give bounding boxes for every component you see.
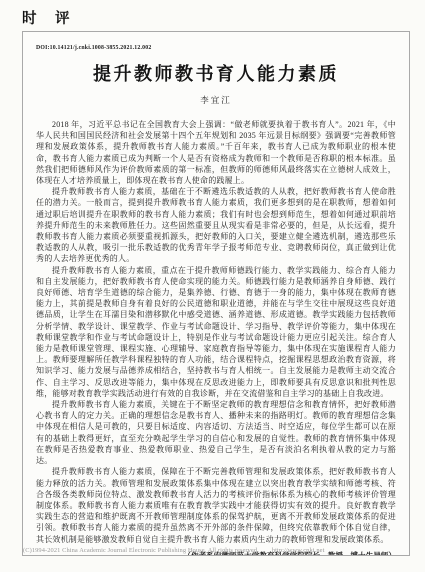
paragraph-3: 提升教师教书育人能力素质，重点在于提升教师师德践行能力、教学实践能力、综合育人能… <box>36 265 396 399</box>
paragraph-2: 提升教师教书育人能力素质，基础在于不断遴选乐教适教的人从教，把好教师教书育人使命… <box>36 186 396 264</box>
section-header: 时 评 <box>22 7 72 28</box>
article-frame: DOI:10.14121/j.cnki.1008-3855.2021.12.00… <box>22 31 410 556</box>
article-body: 2018 年，习近平总书记在全国教育大会上强调：“做老师就要执着于教书育人”。2… <box>36 119 396 545</box>
article-title: 提升教师教书育人能力素质 <box>23 60 409 86</box>
paragraph-4: 提升教师教书育人能力素质，关键在于不断坚定教师的教育理想信念和教育情怀，把好教师… <box>36 399 396 466</box>
author-name: 李宜江 <box>23 94 409 106</box>
copyright-notice: (C)1994-2021 China Academic Journal Elec… <box>23 545 403 554</box>
doi-text: DOI:10.14121/j.cnki.1008-3855.2021.12.00… <box>36 45 409 51</box>
paragraph-1: 2018 年，习近平总书记在全国教育大会上强调：“做老师就要执着于教书育人”。2… <box>36 119 396 186</box>
paragraph-5: 提升教师教书育人能力素质，保障在于不断完善教师管理和发展政策体系，把好教师教书育… <box>36 466 396 544</box>
